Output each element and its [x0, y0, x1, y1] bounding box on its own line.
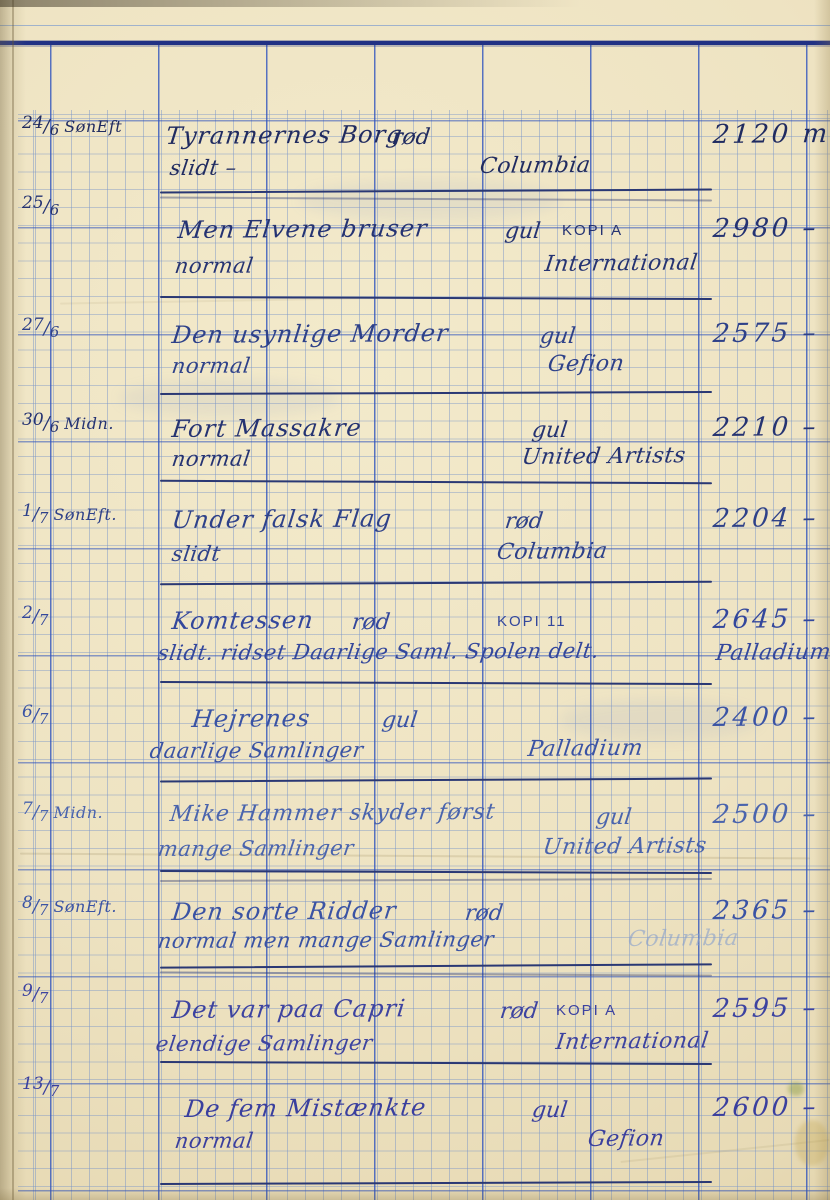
condition-note: normal	[170, 447, 252, 471]
print-color: rød	[390, 125, 431, 150]
date-day: 25	[22, 193, 44, 213]
print-color: rød	[350, 610, 391, 635]
print-color: gul	[530, 418, 568, 443]
print-color: gul	[538, 324, 576, 349]
showing-time: SønEft.	[53, 505, 117, 524]
condition-note: slidt –	[168, 156, 238, 180]
distributor: Gefion	[546, 351, 626, 377]
distributor: United Artists	[541, 833, 708, 860]
date-month: 7	[39, 807, 49, 825]
film-title: De fem Mistænkte	[183, 1093, 428, 1123]
date-month: 7	[39, 710, 49, 728]
condition-note: mange Samlinger	[156, 836, 355, 861]
entry-date: 6/7	[22, 705, 53, 726]
entry-date: 8/7SønEft.	[22, 896, 117, 917]
print-color: rød	[463, 901, 504, 926]
date-day: 2	[22, 603, 33, 623]
film-title: Det var paa Capri	[170, 994, 407, 1024]
date-day: 6	[22, 702, 33, 722]
entry-date: 9/7	[22, 984, 53, 1005]
date-month: 7	[39, 509, 49, 527]
distributor: International	[554, 1028, 710, 1055]
film-title: Komtessen	[170, 606, 315, 635]
distributor: Columbia	[495, 539, 609, 565]
date-month: 6	[50, 201, 60, 219]
film-title: Fort Massakre	[170, 414, 363, 443]
page-left-crease	[12, 0, 14, 1200]
distributor: Gefion	[586, 1126, 666, 1152]
print-color: gul	[380, 708, 418, 733]
distributor: Columbia	[626, 926, 740, 952]
date-day: 30	[22, 410, 44, 430]
entry-date: 1/7SønEft.	[22, 504, 117, 525]
entry-date: 7/7Midn.	[22, 802, 103, 823]
date-month: 7	[39, 989, 49, 1007]
film-length: 2600 –	[712, 1092, 820, 1123]
condition-note: slidt. ridset Daarlige Saml. Spolen delt…	[156, 639, 600, 665]
print-color: gul	[594, 805, 632, 830]
date-day: 13	[22, 1074, 44, 1094]
film-length: 2400 –	[712, 702, 820, 733]
copy-number-label: KOPI 11	[497, 613, 567, 630]
distributor: United Artists	[520, 443, 687, 470]
film-length: 2365 –	[712, 895, 820, 926]
film-title: Mike Hammer skyder først	[169, 800, 497, 827]
date-month: 7	[39, 901, 49, 919]
date-day: 8	[22, 893, 33, 913]
copy-number-label: KOPI A	[562, 222, 623, 239]
film-length: 2204 –	[712, 503, 820, 534]
date-month: 7	[39, 611, 49, 629]
date-day: 7	[22, 799, 33, 819]
condition-note: normal men mange Samlinger	[156, 927, 495, 953]
page-top-edge	[0, 0, 581, 7]
top-header-rule	[0, 41, 830, 45]
ledger-page: 24/6SønEft Tyrannernes Borg rød 2120 m s…	[0, 0, 830, 1200]
distributor: Columbia	[478, 153, 592, 179]
film-length: 2595 –	[712, 993, 820, 1024]
film-length: 2575 –	[712, 318, 820, 349]
print-color: gul	[503, 219, 541, 244]
date-day: 9	[22, 981, 33, 1001]
date-month: 6	[50, 121, 60, 139]
entry-date: 24/6SønEft	[22, 116, 122, 137]
condition-note: normal	[173, 1129, 255, 1153]
date-month: 6	[50, 418, 60, 436]
showing-time: SønEft.	[53, 897, 117, 916]
entry-date: 13/7	[22, 1077, 64, 1098]
ink-bleedthrough	[120, 380, 340, 416]
distributor: International	[543, 250, 699, 277]
film-title: Den usynlige Morder	[170, 319, 450, 349]
distributor: Palladium	[526, 736, 644, 762]
copy-number-label: KOPI A	[556, 1002, 617, 1019]
entry-date: 25/6	[22, 196, 64, 217]
date-day: 24	[22, 113, 44, 133]
date-month: 7	[50, 1082, 60, 1100]
date-day: 27	[22, 315, 44, 335]
stain	[795, 1120, 829, 1166]
film-length: 2500 –	[712, 799, 820, 830]
date-month: 6	[50, 323, 60, 341]
condition-note: daarlige Samlinger	[148, 738, 365, 763]
showing-time: SønEft	[64, 117, 122, 136]
print-color: rød	[503, 509, 544, 534]
print-color: rød	[498, 999, 539, 1024]
entry-date: 27/6	[22, 318, 64, 339]
condition-note: normal	[173, 254, 255, 278]
film-title: Men Elvene bruser	[176, 214, 429, 244]
film-title: Hejrenes	[190, 704, 312, 733]
condition-note: elendige Samlinger	[154, 1031, 374, 1056]
film-title: Under falsk Flag	[170, 504, 393, 534]
film-length: 2645 –	[712, 604, 820, 635]
entry-date: 2/7	[22, 606, 53, 627]
top-thin-rule	[0, 25, 830, 26]
page-bottom-edge	[0, 1188, 830, 1200]
film-length: 2120 m	[712, 119, 830, 150]
date-day: 1	[22, 501, 33, 521]
distributor: Palladium	[714, 640, 830, 666]
entry-date: 30/6Midn.	[22, 413, 114, 434]
showing-time: Midn.	[64, 414, 114, 433]
showing-time: Midn.	[53, 803, 103, 822]
condition-note: slidt	[170, 542, 222, 566]
film-length: 2980 –	[712, 213, 820, 244]
condition-note: normal	[170, 354, 252, 378]
film-title: Tyrannernes Borg	[164, 120, 404, 150]
film-title: Den sorte Ridder	[170, 896, 398, 926]
film-length: 2210 –	[712, 412, 820, 443]
print-color: gul	[530, 1098, 568, 1123]
